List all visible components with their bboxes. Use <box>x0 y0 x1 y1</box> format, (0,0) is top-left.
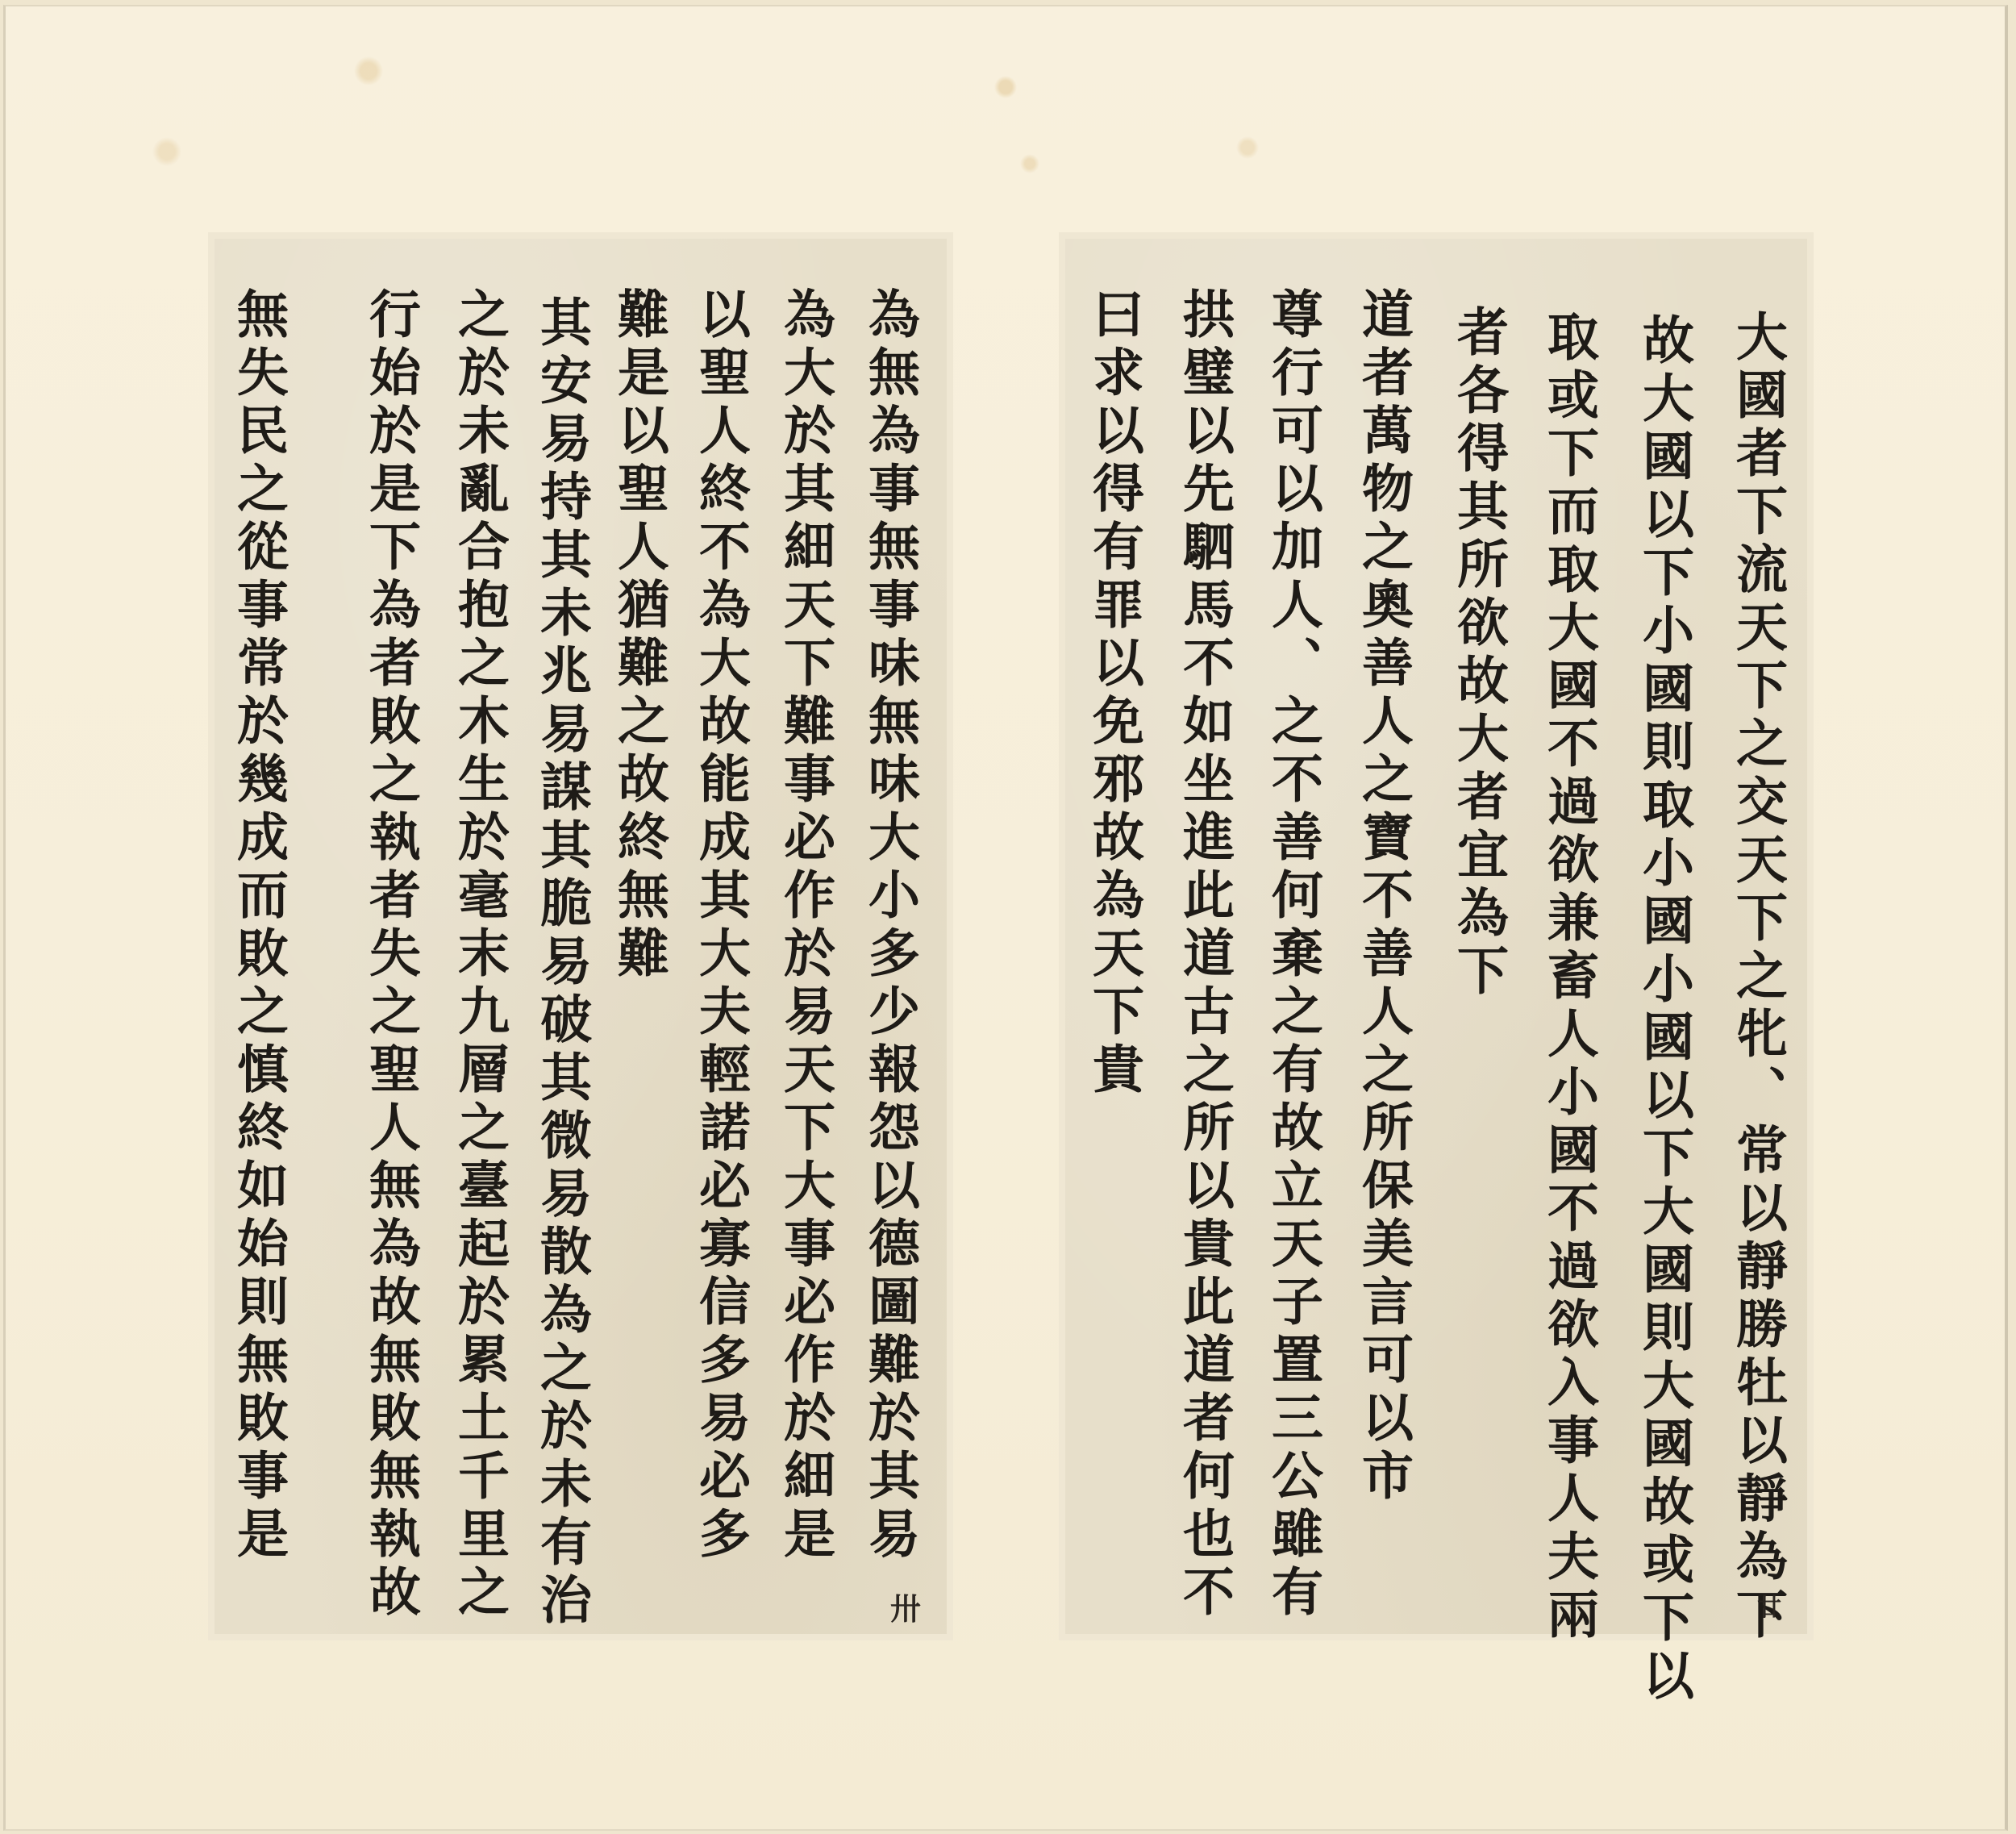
text-column: 曰求以得有罪以免邪故為天下貴 <box>1088 287 1139 1100</box>
left-calligraphy-leaf: 為無為事無事味無味大小多少報怨以德圖難於其易 為大於其細天下難事必作於易天下大事… <box>215 239 947 1634</box>
text-column: 取或下而取大國不過欲兼畜人小國不過欲入事人夫兩 <box>1543 310 1594 1645</box>
right-calligraphy-leaf: 大國者下流天下之交天下之牝、常以靜勝牡以靜為下 故大國以下小國則取小國小國以下大… <box>1065 239 1807 1634</box>
text-column: 拱璧以先駟馬不如坐進此道古之所以貴此道者何也不 <box>1178 287 1230 1623</box>
text-column: 無失民之從事常於幾成而敗之慎終如始則無敗事是 <box>232 287 284 1565</box>
text-column: 道者萬物之奧善人之寶不善人之所保美言可以市 <box>1357 287 1409 1507</box>
text-column: 難是以聖人猶難之故終無難 <box>613 287 664 984</box>
text-column: 行始於是下為者敗之執者失之聖人無為故無敗無執故 <box>364 287 416 1623</box>
text-column: 者各得其所欲故大者宜為下 <box>1452 305 1504 1002</box>
text-column: 其安易持其未兆易謀其脆易破其微易散為之於未有治 <box>535 295 587 1631</box>
page-number-mark: 卅 <box>890 1584 921 1628</box>
text-column: 為大於其細天下難事必作於易天下大事必作於細是 <box>779 287 831 1565</box>
text-column: 故大國以下小國則取小國小國以下大國則大國故或下以 <box>1638 313 1689 1707</box>
text-column: 為無為事無事味無味大小多少報怨以德圖難於其易 <box>864 287 915 1565</box>
text-column: 之於未亂合抱之木生於毫末九層之臺起於累土千里之 <box>453 287 505 1623</box>
text-column: 大國者下流天下之交天下之牝、常以靜勝牡以靜為下 <box>1731 310 1783 1645</box>
text-column: 以聖人終不為大故能成其大夫輕諾必寡信多易必多 <box>694 287 746 1565</box>
text-column: 尊行可以加人、之不善何棄之有故立天子置三公雖有 <box>1267 287 1318 1623</box>
page-number-mark: 廿 <box>1757 1587 1781 1623</box>
